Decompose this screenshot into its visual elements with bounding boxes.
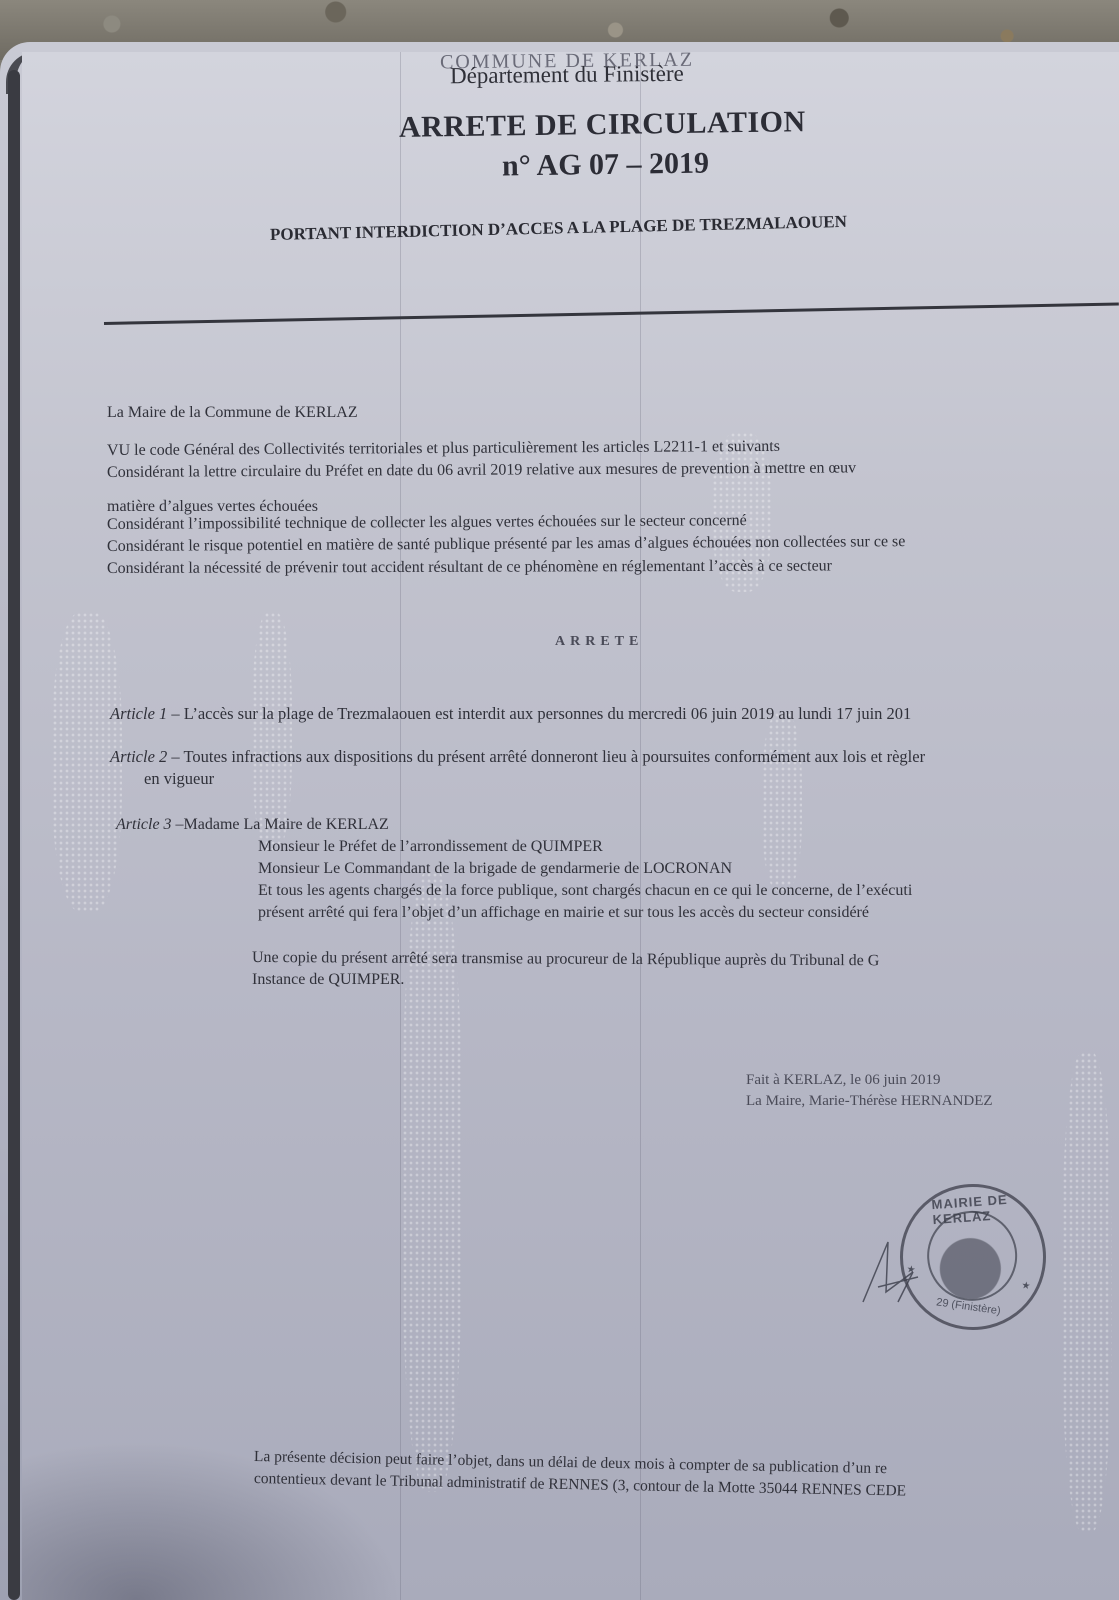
article-label: Article 1 [110, 704, 167, 723]
copy-line: Une copie du présent arrêté sera transmi… [252, 949, 879, 970]
preamble-line: Considérant la nécessité de prévenir tou… [107, 557, 832, 578]
official-stamp: MAIRIE DE KERLAZ ★ ★ 29 (Finistère) [891, 1175, 1056, 1340]
fold-line [400, 52, 401, 1600]
article-text: – L’accès sur la plage de Trezmalaouen e… [167, 704, 911, 723]
document-sheet: COMMUNE DE KERLAZ Département du Finistè… [22, 52, 1119, 1600]
department-name: Département du Finistère [450, 61, 684, 89]
authority-line: La Maire de la Commune de KERLAZ [107, 404, 358, 422]
preamble-line: Considérant le risque potentiel en matiè… [107, 533, 905, 556]
article-label: Article 2 [110, 747, 167, 766]
divider [104, 303, 1119, 325]
condensation-droplets [762, 712, 802, 892]
signatory: La Maire, Marie-Thérèse HERNANDEZ [746, 1093, 993, 1110]
article-text: – Toutes infractions aux dispositions du… [167, 747, 925, 766]
preamble-line: matière d’algues vertes échouées [107, 498, 318, 516]
article-text: –Madame La Maire de KERLAZ [172, 816, 389, 833]
arrete-heading: ARRETE [555, 634, 643, 650]
place-date: Fait à KERLAZ, le 06 juin 2019 [746, 1072, 941, 1089]
article-3-line: Et tous les agents chargés de la force p… [258, 882, 912, 900]
preamble-line: Considérant l’impossibilité technique de… [107, 512, 747, 534]
article-3-line: Monsieur le Préfet de l’arrondissement d… [258, 838, 603, 856]
copy-line: Instance de QUIMPER. [252, 971, 404, 989]
article-3-line: présent arrêté qui fera l’objet d’un aff… [258, 904, 869, 922]
document-subtitle: PORTANT INTERDICTION D’ACCES A LA PLAGE … [270, 212, 847, 245]
article-3-line: Monsieur Le Commandant de la brigade de … [258, 860, 732, 878]
star-icon: ★ [906, 1264, 916, 1276]
preamble-line: VU le code Général des Collectivités ter… [107, 438, 780, 460]
article-2-continuation: en vigueur [144, 769, 214, 789]
star-icon: ★ [1021, 1280, 1031, 1292]
fold-line [640, 52, 641, 1600]
document-title: ARRETE DE CIRCULATION [399, 105, 806, 145]
binder-strip [8, 70, 20, 1600]
condensation-droplets [1062, 1052, 1112, 1532]
document-number: n° AG 07 – 2019 [502, 147, 709, 184]
article-3: Article 3 –Madame La Maire de KERLAZ [116, 816, 389, 834]
article-2: Article 2 – Toutes infractions aux dispo… [110, 747, 925, 767]
article-1: Article 1 – L’accès sur la plage de Trez… [110, 704, 911, 724]
article-label: Article 3 [116, 816, 172, 833]
